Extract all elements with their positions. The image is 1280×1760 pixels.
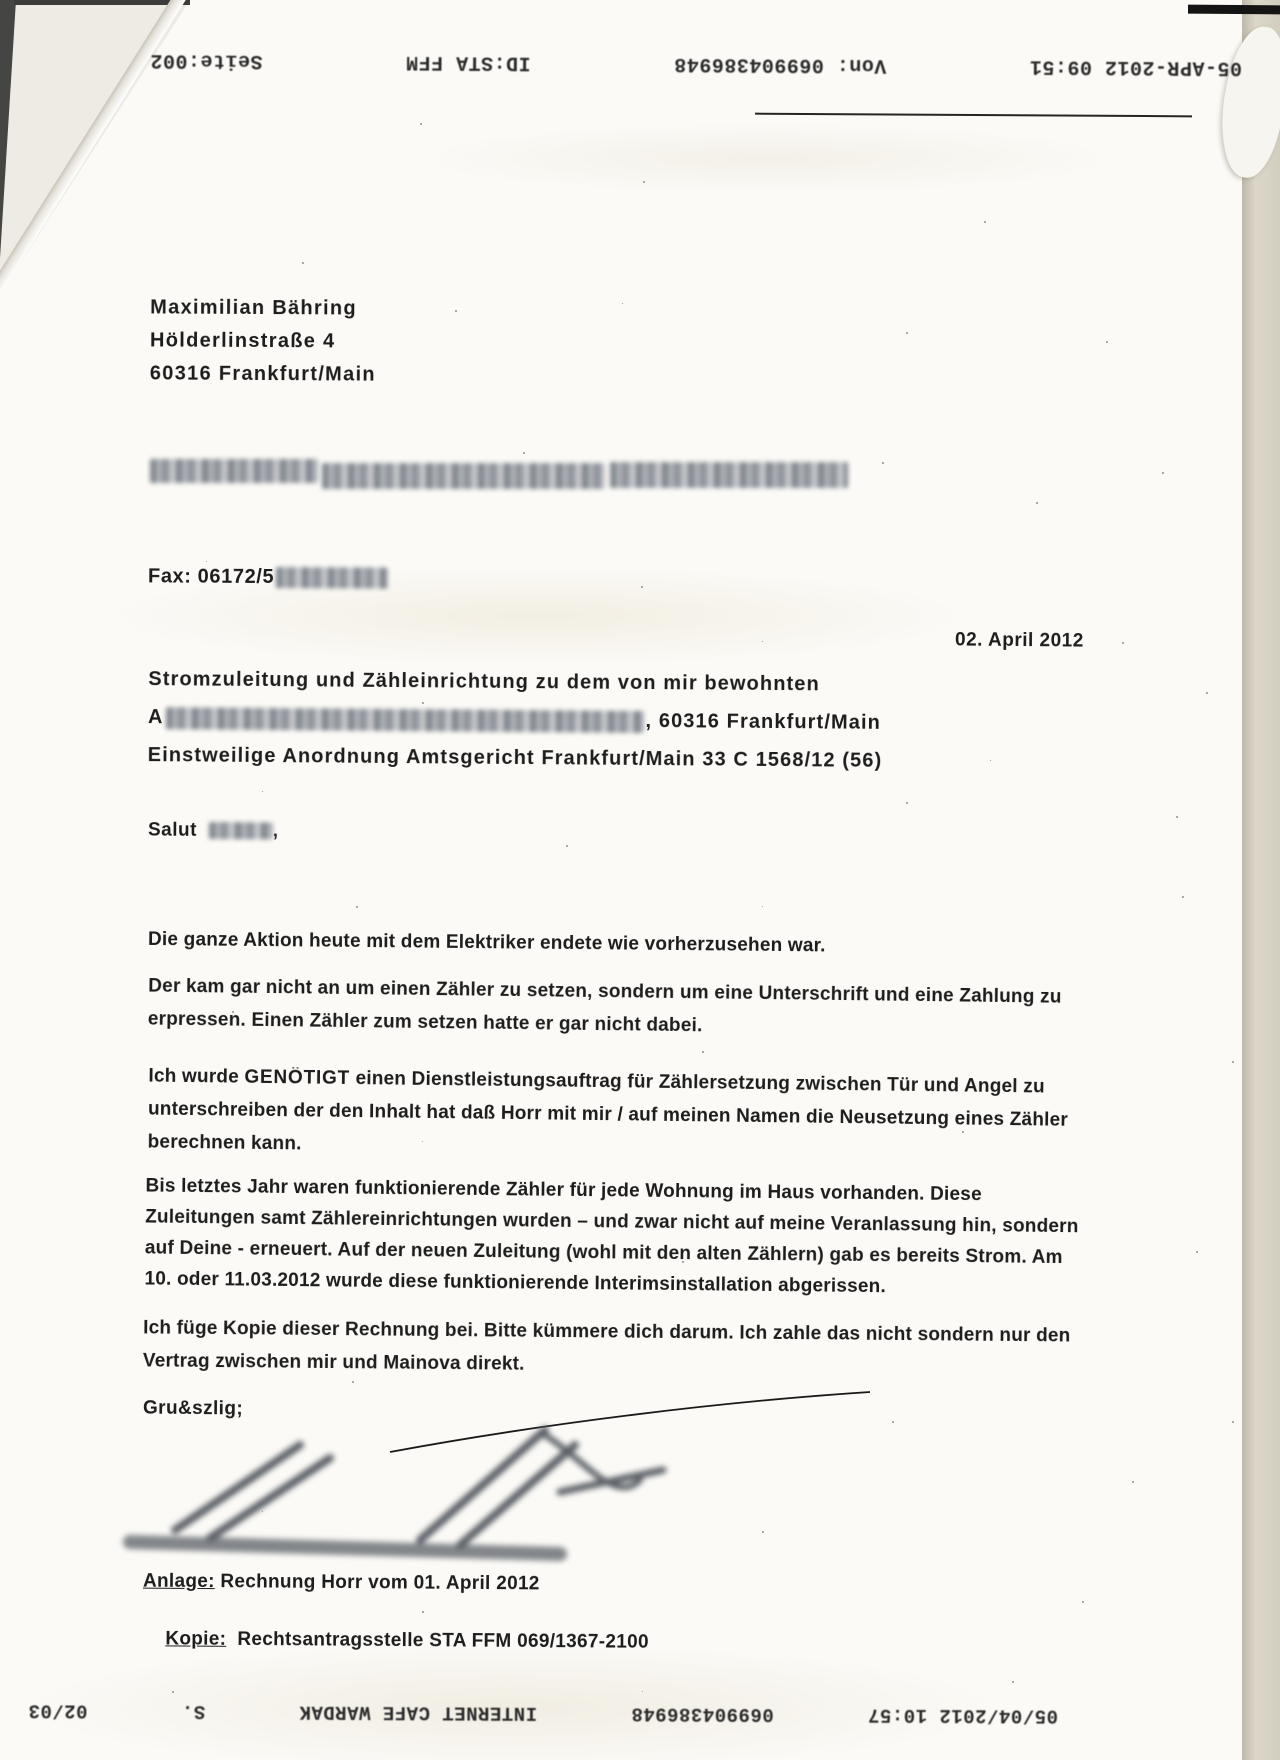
anlage-line: Anlage: Rechnung Horr vom 01. April 2012 bbox=[143, 1571, 540, 1596]
scanner-edge-top bbox=[14, 0, 190, 5]
scan-speck bbox=[1012, 1681, 1014, 1683]
salutation-comma: , bbox=[273, 820, 279, 841]
scan-speck bbox=[1176, 816, 1178, 818]
fax-header-station-id: ID:STA FFM bbox=[406, 50, 531, 74]
scan-speck bbox=[906, 332, 908, 334]
paragraph-3: Ich wurde GENÖTIGT einen Dienstleistungs… bbox=[147, 1060, 1208, 1172]
scan-speck bbox=[1082, 1601, 1084, 1603]
scan-speck bbox=[1106, 341, 1108, 343]
scan-speck bbox=[352, 1381, 354, 1383]
scan-speck bbox=[642, 1691, 643, 1692]
handwritten-signature bbox=[115, 1380, 905, 1580]
scan-speck bbox=[906, 802, 908, 804]
sender-street: Hölderlinstraße 4 bbox=[150, 324, 376, 358]
scan-speck bbox=[762, 641, 763, 642]
fax-transmission-footer: 05/04/2012 10:57 069904386948 INTERNET C… bbox=[28, 1699, 1058, 1726]
paragraph-3-start: Ich wurde bbox=[148, 1066, 244, 1088]
redacted-recipient-name bbox=[150, 459, 318, 483]
paragraph-1: Die ganze Aktion heute mit dem Elektrike… bbox=[148, 923, 1208, 966]
fax-footer-page-number: 02/03 bbox=[28, 1699, 88, 1721]
scan-speck bbox=[641, 586, 643, 588]
scan-speck bbox=[990, 760, 991, 761]
fax-number-visible: Fax: 06172/5 bbox=[148, 565, 274, 588]
scan-speck bbox=[984, 221, 986, 223]
scan-speck bbox=[1196, 1251, 1198, 1253]
letter-date: 02. April 2012 bbox=[955, 629, 1084, 652]
scanned-letter-page: 05-APR-2012 09:51 Von: 069904386948 ID:S… bbox=[0, 0, 1280, 1760]
anlage-text: Rechnung Horr vom 01. April 2012 bbox=[215, 1571, 540, 1594]
scan-speck bbox=[762, 906, 763, 907]
paragraph-2: Der kam gar nicht an um einen Zähler zu … bbox=[148, 970, 1209, 1049]
fax-footer-datetime: 05/04/2012 10:57 bbox=[868, 1704, 1059, 1727]
scan-speck bbox=[186, 1241, 188, 1243]
redacted-recipient-firstname bbox=[209, 822, 273, 839]
signature-redacted-scribble bbox=[130, 1430, 663, 1554]
scan-speck bbox=[1232, 1061, 1234, 1063]
scan-speck bbox=[422, 1611, 424, 1613]
redacted-fax-digits bbox=[276, 567, 388, 589]
signature-sweep-stroke bbox=[390, 1392, 870, 1452]
scan-speck bbox=[523, 452, 525, 454]
sender-address-block: Maximilian Bähring Hölderlinstraße 4 603… bbox=[150, 291, 377, 391]
scan-speck bbox=[262, 791, 263, 792]
salutation-prefix: Salut bbox=[148, 820, 197, 841]
scan-speck bbox=[1062, 1331, 1064, 1333]
salutation-line: Salut , bbox=[148, 820, 279, 843]
scan-speck bbox=[882, 462, 884, 464]
fax-footer-page-label: S. bbox=[181, 1700, 205, 1722]
scan-speck bbox=[302, 262, 304, 264]
redacted-recipient-city bbox=[610, 462, 848, 488]
fax-header-page-number: Seite:002 bbox=[150, 48, 263, 72]
anlage-label: Anlage: bbox=[143, 1571, 215, 1593]
scan-speck bbox=[1036, 502, 1038, 504]
scan-speck bbox=[962, 1131, 964, 1133]
recipient-address-block bbox=[133, 452, 848, 489]
scan-speck bbox=[172, 1691, 174, 1693]
subject-line-3: Einstweilige Anordnung Amtsgericht Frank… bbox=[148, 736, 1148, 782]
scan-speck bbox=[566, 845, 568, 847]
scan-speck bbox=[420, 123, 422, 125]
scan-speck bbox=[232, 1011, 234, 1013]
scan-speck bbox=[1206, 692, 1208, 694]
paragraph-4: Bis letztes Jahr waren funktionierende Z… bbox=[144, 1170, 1205, 1305]
scan-speck bbox=[1232, 1421, 1234, 1423]
page-corner-fold-left bbox=[0, 0, 200, 300]
scan-artifact-line bbox=[755, 113, 1192, 118]
scan-speck bbox=[1122, 642, 1124, 644]
redacted-recipient-street bbox=[322, 463, 605, 489]
scan-speck bbox=[702, 1051, 704, 1053]
scan-speck bbox=[422, 1141, 423, 1142]
subject-line2-end: , 60316 Frankfurt/Main bbox=[645, 710, 881, 734]
fax-footer-number: 069904386948 bbox=[631, 1702, 774, 1725]
fax-header-datetime: 05-APR-2012 09:51 bbox=[1029, 54, 1242, 78]
scan-speck bbox=[356, 906, 358, 908]
subject-block: Stromzuleitung und Zähleinrichtung zu de… bbox=[148, 660, 1149, 782]
paragraph-5: Ich füge Kopie dieser Rechnung bei. Bitt… bbox=[143, 1311, 1204, 1386]
scan-artifact-bar bbox=[1188, 5, 1280, 15]
scan-speck bbox=[643, 181, 645, 183]
fax-header-from-number: Von: 069904386948 bbox=[674, 52, 887, 76]
scan-speck bbox=[262, 1511, 263, 1512]
recipient-fax-line: Fax: 06172/5 bbox=[148, 565, 388, 589]
sender-name: Maximilian Bähring bbox=[150, 291, 376, 325]
scan-speck bbox=[455, 310, 457, 312]
scan-speck bbox=[1132, 1481, 1134, 1483]
sender-city: 60316 Frankfurt/Main bbox=[150, 357, 376, 391]
fax-transmission-header: 05-APR-2012 09:51 Von: 069904386948 ID:S… bbox=[150, 48, 1242, 79]
scanner-background-strip bbox=[1242, 0, 1280, 1760]
scan-speck bbox=[762, 1531, 764, 1533]
redacted-apartment-address bbox=[165, 707, 643, 733]
scan-speck bbox=[892, 1421, 894, 1423]
fax-footer-station-name: INTERNET CAFE WARDAK bbox=[299, 1701, 537, 1724]
scan-speck bbox=[206, 561, 207, 562]
scan-speck bbox=[1162, 472, 1164, 474]
scan-speck bbox=[622, 303, 623, 304]
kopie-text: Rechtsantragsstelle STA FFM 069/1367-210… bbox=[226, 1629, 649, 1653]
paragraph-3-emphasis: GENÖTIGT bbox=[244, 1067, 350, 1089]
subject-line2-visible-start: A bbox=[148, 706, 164, 728]
scan-speck bbox=[682, 1261, 684, 1263]
scan-speck bbox=[1182, 896, 1184, 898]
kopie-label: Kopie: bbox=[165, 1628, 226, 1649]
scan-speck bbox=[422, 702, 424, 704]
kopie-line: Kopie: Rechtsantragsstelle STA FFM 069/1… bbox=[143, 1606, 649, 1676]
